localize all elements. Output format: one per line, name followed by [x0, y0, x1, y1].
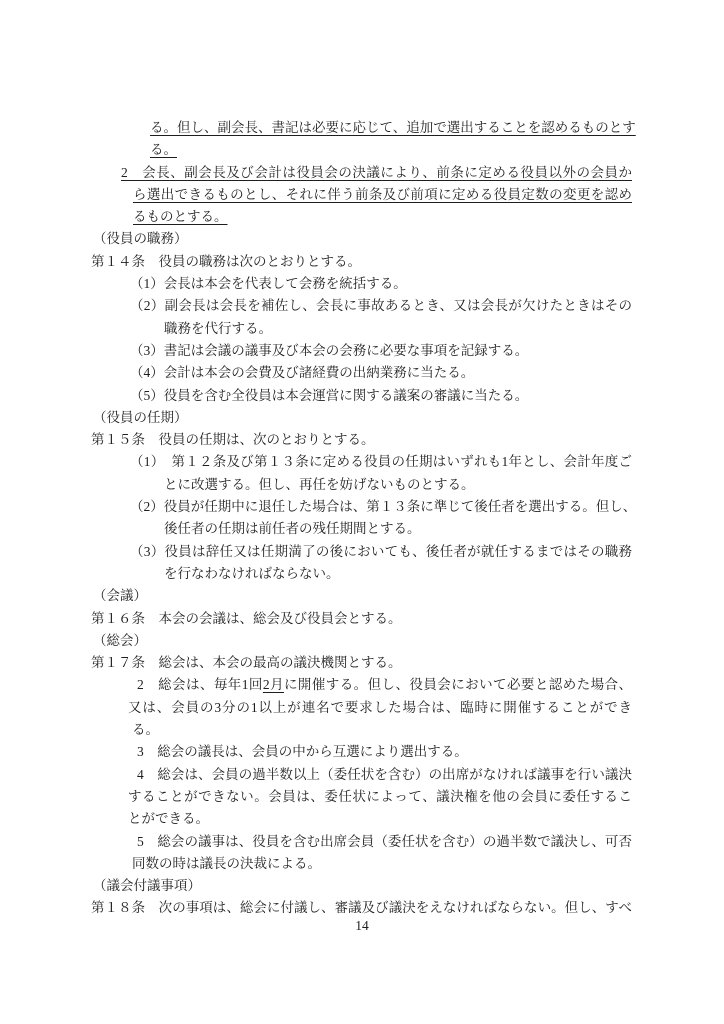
document-line: 第１７条 総会は、本会の最高の議決機関とする。: [91, 652, 724, 674]
document-line: （会議）: [93, 585, 724, 607]
text-run: （1）会長は本会を代表して会務を統括する。: [130, 276, 407, 291]
text-run: 4 総会は、会員の過半数以上（委任状を含む）の出席がなければ議事を行い議決: [137, 767, 632, 782]
text-run: 第１６条 本会の会議は、総会及び役員会とする。: [91, 611, 402, 626]
document-line: （1） 第１２条及び第１３条に定める役員の任期はいずれも1年とし、会計年度ご: [130, 451, 632, 473]
text-run: 2 総会は、毎年1回: [137, 677, 263, 692]
document-line: るものとする。: [133, 206, 724, 228]
text-run: に開催する。但し、役員会において必要と認めた場合、: [284, 677, 632, 692]
document-line: （議会付議事項）: [93, 875, 724, 897]
document-line: 第１５条 役員の任期は、次のとおりとする。: [91, 429, 724, 451]
text-run: （総会）: [93, 633, 147, 648]
text-run: 又は、会員の3分の1以上が連名で要求した場合は、臨時に開催することができ: [128, 700, 632, 715]
text-run: （2）役員が任期中に退任した場合は、第１３条に準じて後任者を選出する。但し、: [130, 499, 636, 514]
text-run: 職務を代行する。: [164, 321, 272, 336]
text-run: とができる。: [128, 811, 209, 826]
text-run: （3）書記は会議の議事及び本会の会務に必要な事項を記録する。: [130, 343, 528, 358]
document-line: （1）会長は本会を代表して会務を統括する。: [130, 273, 724, 295]
document-line: （3）役員は辞任又は任期満了の後においても、後任者が就任するまではその職務: [130, 541, 632, 563]
document-line: （役員の職務）: [93, 228, 724, 250]
document-line: （4）会計は本会の会費及び諸経費の出納業務に当たる。: [130, 362, 724, 384]
document-body: る。但し、副会長、書記は必要に応じて、追加で選出することを認めるものとする。2 …: [0, 117, 724, 920]
document-line: を行なわなければならない。: [164, 563, 724, 585]
text-run: 3 総会の議長は、会員の中から互選により選出する。: [137, 744, 468, 759]
document-line: る。但し、副会長、書記は必要に応じて、追加で選出することを認めるものとす: [150, 117, 632, 139]
text-run: 第１８条 次の事項は、総会に付議し、審議及び議決をえなければならない。但し、すべ: [91, 900, 632, 915]
document-line: 第１８条 次の事項は、総会に付議し、審議及び議決をえなければならない。但し、すべ: [91, 897, 632, 919]
underlined-text: る。: [150, 142, 177, 157]
document-line: 第１４条 役員の職務は次のとおりとする。: [91, 251, 724, 273]
document-line: （2）副会長は会長を補佐し、会長に事故あるとき、又は会長が欠けたときはその: [130, 295, 632, 317]
document-line: （役員の任期）: [93, 407, 724, 429]
underlined-text: る。但し、副会長、書記は必要に応じて、追加で選出することを認めるものとす: [150, 120, 636, 135]
underlined-text: 2月: [263, 677, 284, 692]
text-run: （議会付議事項）: [93, 878, 201, 893]
text-run: 5 総会の議事は、役員を含む出席会員（委任状を含む）の過半数で議決し、可否: [137, 834, 632, 849]
text-run: （5）役員を含む全役員は本会運営に関する議案の審議に当たる。: [130, 388, 528, 403]
text-run: 第１７条 総会は、本会の最高の議決機関とする。: [91, 655, 402, 670]
text-run: 同数の時は議長の決裁による。: [132, 856, 321, 871]
document-line: 4 総会は、会員の過半数以上（委任状を含む）の出席がなければ議事を行い議決: [137, 764, 632, 786]
document-line: （総会）: [93, 630, 724, 652]
text-run: （役員の任期）: [93, 410, 188, 425]
text-run: （役員の職務）: [93, 231, 188, 246]
text-run: （3）役員は辞任又は任期満了の後においても、後任者が就任するまではその職務: [130, 544, 632, 559]
text-run: （会議）: [93, 588, 147, 603]
document-line: 2 会長、副会長及び会計は役員会の決議により、前条に定める役員以外の会員か: [121, 162, 632, 184]
text-run: る。: [132, 722, 159, 737]
text-run: を行なわなければならない。: [164, 566, 340, 581]
text-run: （2）副会長は会長を補佐し、会長に事故あるとき、又は会長が欠けたときはその: [130, 298, 632, 313]
document-line: 第１６条 本会の会議は、総会及び役員会とする。: [91, 608, 724, 630]
underlined-text: ら選出できるものとし、それに伴う前条及び前項に定める役員定数の変更を認め: [133, 187, 632, 202]
document-line: （5）役員を含む全役員は本会運営に関する議案の審議に当たる。: [130, 385, 724, 407]
document-line: （2）役員が任期中に退任した場合は、第１３条に準じて後任者を選出する。但し、: [130, 496, 632, 518]
text-run: 後任者の任期は前任者の残任期間とする。: [164, 521, 421, 536]
document-page: る。但し、副会長、書記は必要に応じて、追加で選出することを認めるものとする。2 …: [0, 0, 724, 1024]
document-line: 同数の時は議長の決裁による。: [132, 853, 724, 875]
underlined-text: 2 会長、副会長及び会計は役員会の決議により、前条に定める役員以外の会員か: [121, 165, 632, 180]
page-number: 14: [0, 918, 724, 934]
text-run: することができない。会員は、委任状によって、議決権を他の会員に委任するこ: [128, 789, 632, 804]
text-run: 第１４条 役員の職務は次のとおりとする。: [91, 254, 361, 269]
text-run: とに改選する。但し、再任を妨げないものとする。: [164, 477, 475, 492]
document-line: る。: [150, 139, 724, 161]
document-line: （3）書記は会議の議事及び本会の会務に必要な事項を記録する。: [130, 340, 724, 362]
document-line: 3 総会の議長は、会員の中から互選により選出する。: [137, 741, 724, 763]
underlined-text: るものとする。: [133, 209, 228, 224]
document-line: 後任者の任期は前任者の残任期間とする。: [164, 518, 724, 540]
document-line: とに改選する。但し、再任を妨げないものとする。: [164, 474, 724, 496]
document-line: することができない。会員は、委任状によって、議決権を他の会員に委任するこ: [128, 786, 632, 808]
document-line: 2 総会は、毎年1回2月に開催する。但し、役員会において必要と認めた場合、: [137, 674, 632, 696]
text-run: （4）会計は本会の会費及び諸経費の出納業務に当たる。: [130, 365, 474, 380]
document-line: 又は、会員の3分の1以上が連名で要求した場合は、臨時に開催することができ: [128, 697, 632, 719]
text-run: 第１５条 役員の任期は、次のとおりとする。: [91, 432, 375, 447]
document-line: る。: [132, 719, 724, 741]
document-line: とができる。: [128, 808, 724, 830]
document-line: 5 総会の議事は、役員を含む出席会員（委任状を含む）の過半数で議決し、可否: [137, 831, 632, 853]
text-run: （1） 第１２条及び第１３条に定める役員の任期はいずれも1年とし、会計年度ご: [130, 454, 632, 469]
document-line: 職務を代行する。: [164, 318, 724, 340]
document-line: ら選出できるものとし、それに伴う前条及び前項に定める役員定数の変更を認め: [133, 184, 632, 206]
